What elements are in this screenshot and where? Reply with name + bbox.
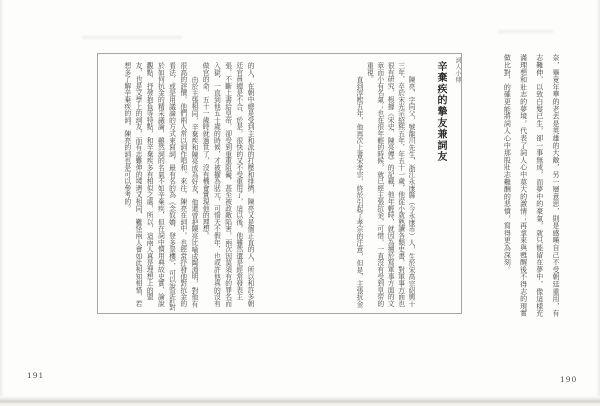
biography-paragraph: 的人，在朝中總是受到主和派的打壓和排擠，陳亮又是個正直的人，所以和許多朝廷官員總… [199, 62, 255, 311]
scan-smudge [82, 36, 182, 39]
main-body-paragraph: 奈，畢竟年華的老去是英雄的大敵，另一層意思，則是感嘆自己不受朝廷重用，有志難伸，… [499, 54, 564, 324]
biography-paragraph: 直到淳熙五年，他再次上書宋孝宗，終於引起了孝宗的注意，但是，主張抗金 [354, 62, 364, 310]
biography-text-left-page: 的人，在朝中總是受到主和派的打壓和排擠，陳亮又是個正直的人，所以和許多朝廷官員總… [117, 62, 255, 311]
scan-shadow-bottom [0, 396, 600, 406]
scan-edge-right [596, 0, 600, 406]
biography-paragraph: 由於主張相同，辛棄疾和陳亮成為好友，他還曾把陳亮比喻成陶淵明，對他有很高的評價，… [121, 62, 199, 311]
page-number-right: 190 [560, 375, 577, 384]
biography-paragraph: 陳亮，字同父，號龍川先生，浙江永康縣（今永康市）人，生於宋高宗紹興十三年，卒於宋… [364, 62, 416, 310]
book-spread-scan: 奈，畢竟年華的老去是英雄的大敵，另一層意思，則是感嘆自己不受朝廷重用，有志難伸，… [0, 0, 600, 406]
biography-box-corner-label: 詞人小傳 [452, 57, 462, 99]
scan-smudge [498, 30, 553, 33]
main-body-text: 奈，畢竟年華的老去是英雄的大敵，另一層意思，則是感嘆自己不受朝廷重用，有志難伸，… [494, 54, 564, 324]
biography-box-title: 辛棄疾的摯友兼詞友 [431, 61, 447, 176]
page-number-left: 191 [27, 371, 44, 380]
scan-edge-left [0, 0, 4, 406]
biography-text-right-page: 陳亮，字同父，號龍川先生，浙江永康縣（今永康市）人，生於宋高宗紹興十三年，卒於宋… [350, 62, 416, 310]
